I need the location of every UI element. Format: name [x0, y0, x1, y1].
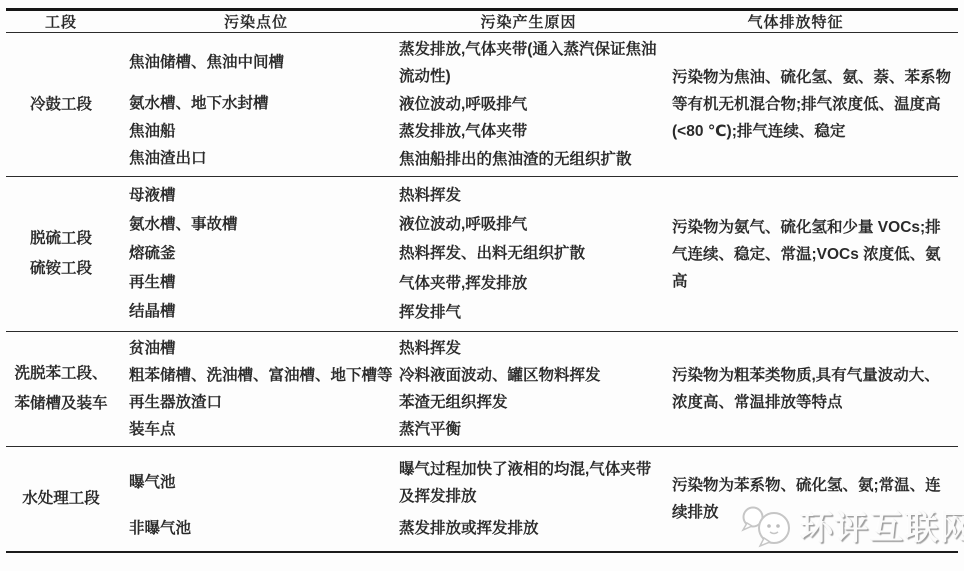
table-row: 焦油船 蒸发排放,气体夹带 [116, 118, 661, 145]
table-row: 焦油渣出口 焦油船排出的焦油渣的无组织扩散 [116, 146, 661, 173]
points-causes-cell: 曝气池 曝气过程加快了液相的均混,气体夹带及挥发排放 非曝气池 蒸发排放或挥发排… [116, 447, 661, 551]
table-row: 焦油储槽、焦油中间槽 蒸发排放,气体夹带(通入蒸汽保证焦油流动性) [116, 36, 661, 90]
pollution-cause: 曝气过程加快了液相的均混,气体夹带及挥发排放 [396, 456, 661, 510]
section-cell: 水处理工段 [6, 447, 116, 551]
pollution-cause: 苯渣无组织挥发 [396, 389, 661, 416]
pollution-cause: 液位波动,呼吸排气 [396, 91, 661, 118]
pollution-point: 曝气池 [116, 470, 396, 496]
section-label: 水处理工段 [22, 484, 100, 514]
table-row: 非曝气池 蒸发排放或挥发排放 [116, 515, 661, 542]
section-label: 脱硫工段 [30, 224, 92, 254]
pollution-cause: 蒸发排放,气体夹带 [396, 118, 661, 145]
table-row: 氨水槽、事故槽 液位波动,呼吸排气 [116, 211, 661, 238]
pollution-point: 贫油槽 [116, 336, 396, 362]
pollution-cause: 热料挥发 [396, 182, 661, 209]
section-cell: 脱硫工段 硫铵工段 [6, 177, 116, 331]
emission-characteristics-cell: 污染物为焦油、硫化氢、氨、萘、苯系物等有机无机混合物;排气浓度低、温度高(<80… [661, 33, 958, 176]
pollution-point: 再生器放渣口 [116, 390, 396, 416]
table-row: 装车点 蒸汽平衡 [116, 416, 661, 443]
pollution-point: 结晶槽 [116, 299, 396, 325]
table-row: 粗苯储槽、洗油槽、富油槽、地下槽等 冷料液面波动、罐区物料挥发 [116, 362, 661, 389]
pollution-cause: 挥发排气 [396, 299, 661, 326]
table-row: 再生槽 气体夹带,挥发排放 [116, 270, 661, 297]
emission-characteristics-cell: 污染物为氨气、硫化氢和少量 VOCs;排气连续、稳定、常温;VOCs 浓度低、氨… [661, 177, 958, 331]
pollution-point: 焦油船 [116, 119, 396, 145]
pollution-point: 粗苯储槽、洗油槽、富油槽、地下槽等 [116, 363, 396, 389]
pollution-point: 氨水槽、地下水封槽 [116, 91, 396, 117]
pollution-cause: 气体夹带,挥发排放 [396, 270, 661, 297]
pollution-cause: 热料挥发、出料无组织扩散 [396, 240, 661, 267]
pollution-cause: 蒸发排放,气体夹带(通入蒸汽保证焦油流动性) [396, 36, 661, 90]
table-row: 再生器放渣口 苯渣无组织挥发 [116, 389, 661, 416]
watermark: 环评互联网 [738, 500, 964, 550]
pollution-cause: 冷料液面波动、罐区物料挥发 [396, 362, 661, 389]
points-causes-cell: 母液槽 热料挥发 氨水槽、事故槽 液位波动,呼吸排气 熔硫釜 热料挥发、出料无组… [116, 177, 661, 331]
pollution-cause: 热料挥发 [396, 335, 661, 362]
header-gas-emission-characteristics: 气体排放特征 [661, 11, 958, 32]
scanned-table-page: 工段 污染点位 污染产生原因 气体排放特征 冷鼓工段 焦油储槽、焦油中间槽 蒸发… [0, 0, 964, 571]
pollution-point: 装车点 [116, 417, 396, 443]
section-cell: 冷鼓工段 [6, 33, 116, 176]
section-label: 冷鼓工段 [30, 90, 92, 120]
header-pollution-cause: 污染产生原因 [396, 11, 661, 32]
section-label: 硫铵工段 [30, 254, 92, 284]
pollution-point: 焦油渣出口 [116, 146, 396, 172]
table-row: 曝气池 曝气过程加快了液相的均混,气体夹带及挥发排放 [116, 456, 661, 510]
header-pollution-point: 污染点位 [116, 11, 396, 32]
pollution-source-table: 工段 污染点位 污染产生原因 气体排放特征 冷鼓工段 焦油储槽、焦油中间槽 蒸发… [6, 8, 958, 553]
pollution-cause: 蒸发排放或挥发排放 [396, 515, 661, 542]
chat-bubbles-icon [738, 500, 800, 550]
section-label: 苯储槽及装车 [14, 389, 107, 419]
pollution-point: 熔硫釜 [116, 241, 396, 267]
table-row: 贫油槽 热料挥发 [116, 335, 661, 362]
pollution-point: 非曝气池 [116, 516, 396, 542]
points-causes-cell: 贫油槽 热料挥发 粗苯储槽、洗油槽、富油槽、地下槽等 冷料液面波动、罐区物料挥发… [116, 332, 661, 446]
section-cell: 洗脱苯工段、 苯储槽及装车 [6, 332, 116, 446]
table-row: 母液槽 热料挥发 [116, 182, 661, 209]
points-causes-cell: 焦油储槽、焦油中间槽 蒸发排放,气体夹带(通入蒸汽保证焦油流动性) 氨水槽、地下… [116, 33, 661, 176]
pollution-cause: 蒸汽平衡 [396, 416, 661, 443]
pollution-point: 氨水槽、事故槽 [116, 212, 396, 238]
table-header-row: 工段 污染点位 污染产生原因 气体排放特征 [6, 8, 958, 33]
table-row-group-cold-drum: 冷鼓工段 焦油储槽、焦油中间槽 蒸发排放,气体夹带(通入蒸汽保证焦油流动性) 氨… [6, 33, 958, 177]
pollution-point: 母液槽 [116, 183, 396, 209]
table-row: 熔硫釜 热料挥发、出料无组织扩散 [116, 240, 661, 267]
section-label: 洗脱苯工段、 [14, 359, 107, 389]
table-row-group-benzene-washing: 洗脱苯工段、 苯储槽及装车 贫油槽 热料挥发 粗苯储槽、洗油槽、富油槽、地下槽等… [6, 332, 958, 447]
table-row: 氨水槽、地下水封槽 液位波动,呼吸排气 [116, 91, 661, 118]
table-row-group-desulfurization: 脱硫工段 硫铵工段 母液槽 热料挥发 氨水槽、事故槽 液位波动,呼吸排气 熔硫釜… [6, 177, 958, 332]
table-row: 结晶槽 挥发排气 [116, 299, 661, 326]
pollution-cause: 液位波动,呼吸排气 [396, 211, 661, 238]
emission-characteristics-cell: 污染物为粗苯类物质,具有气量波动大、浓度高、常温排放等特点 [661, 332, 958, 446]
pollution-cause: 焦油船排出的焦油渣的无组织扩散 [396, 146, 661, 173]
header-section: 工段 [6, 11, 116, 32]
pollution-point: 再生槽 [116, 270, 396, 296]
pollution-point: 焦油储槽、焦油中间槽 [116, 50, 396, 76]
watermark-text: 环评互联网 [800, 502, 964, 549]
